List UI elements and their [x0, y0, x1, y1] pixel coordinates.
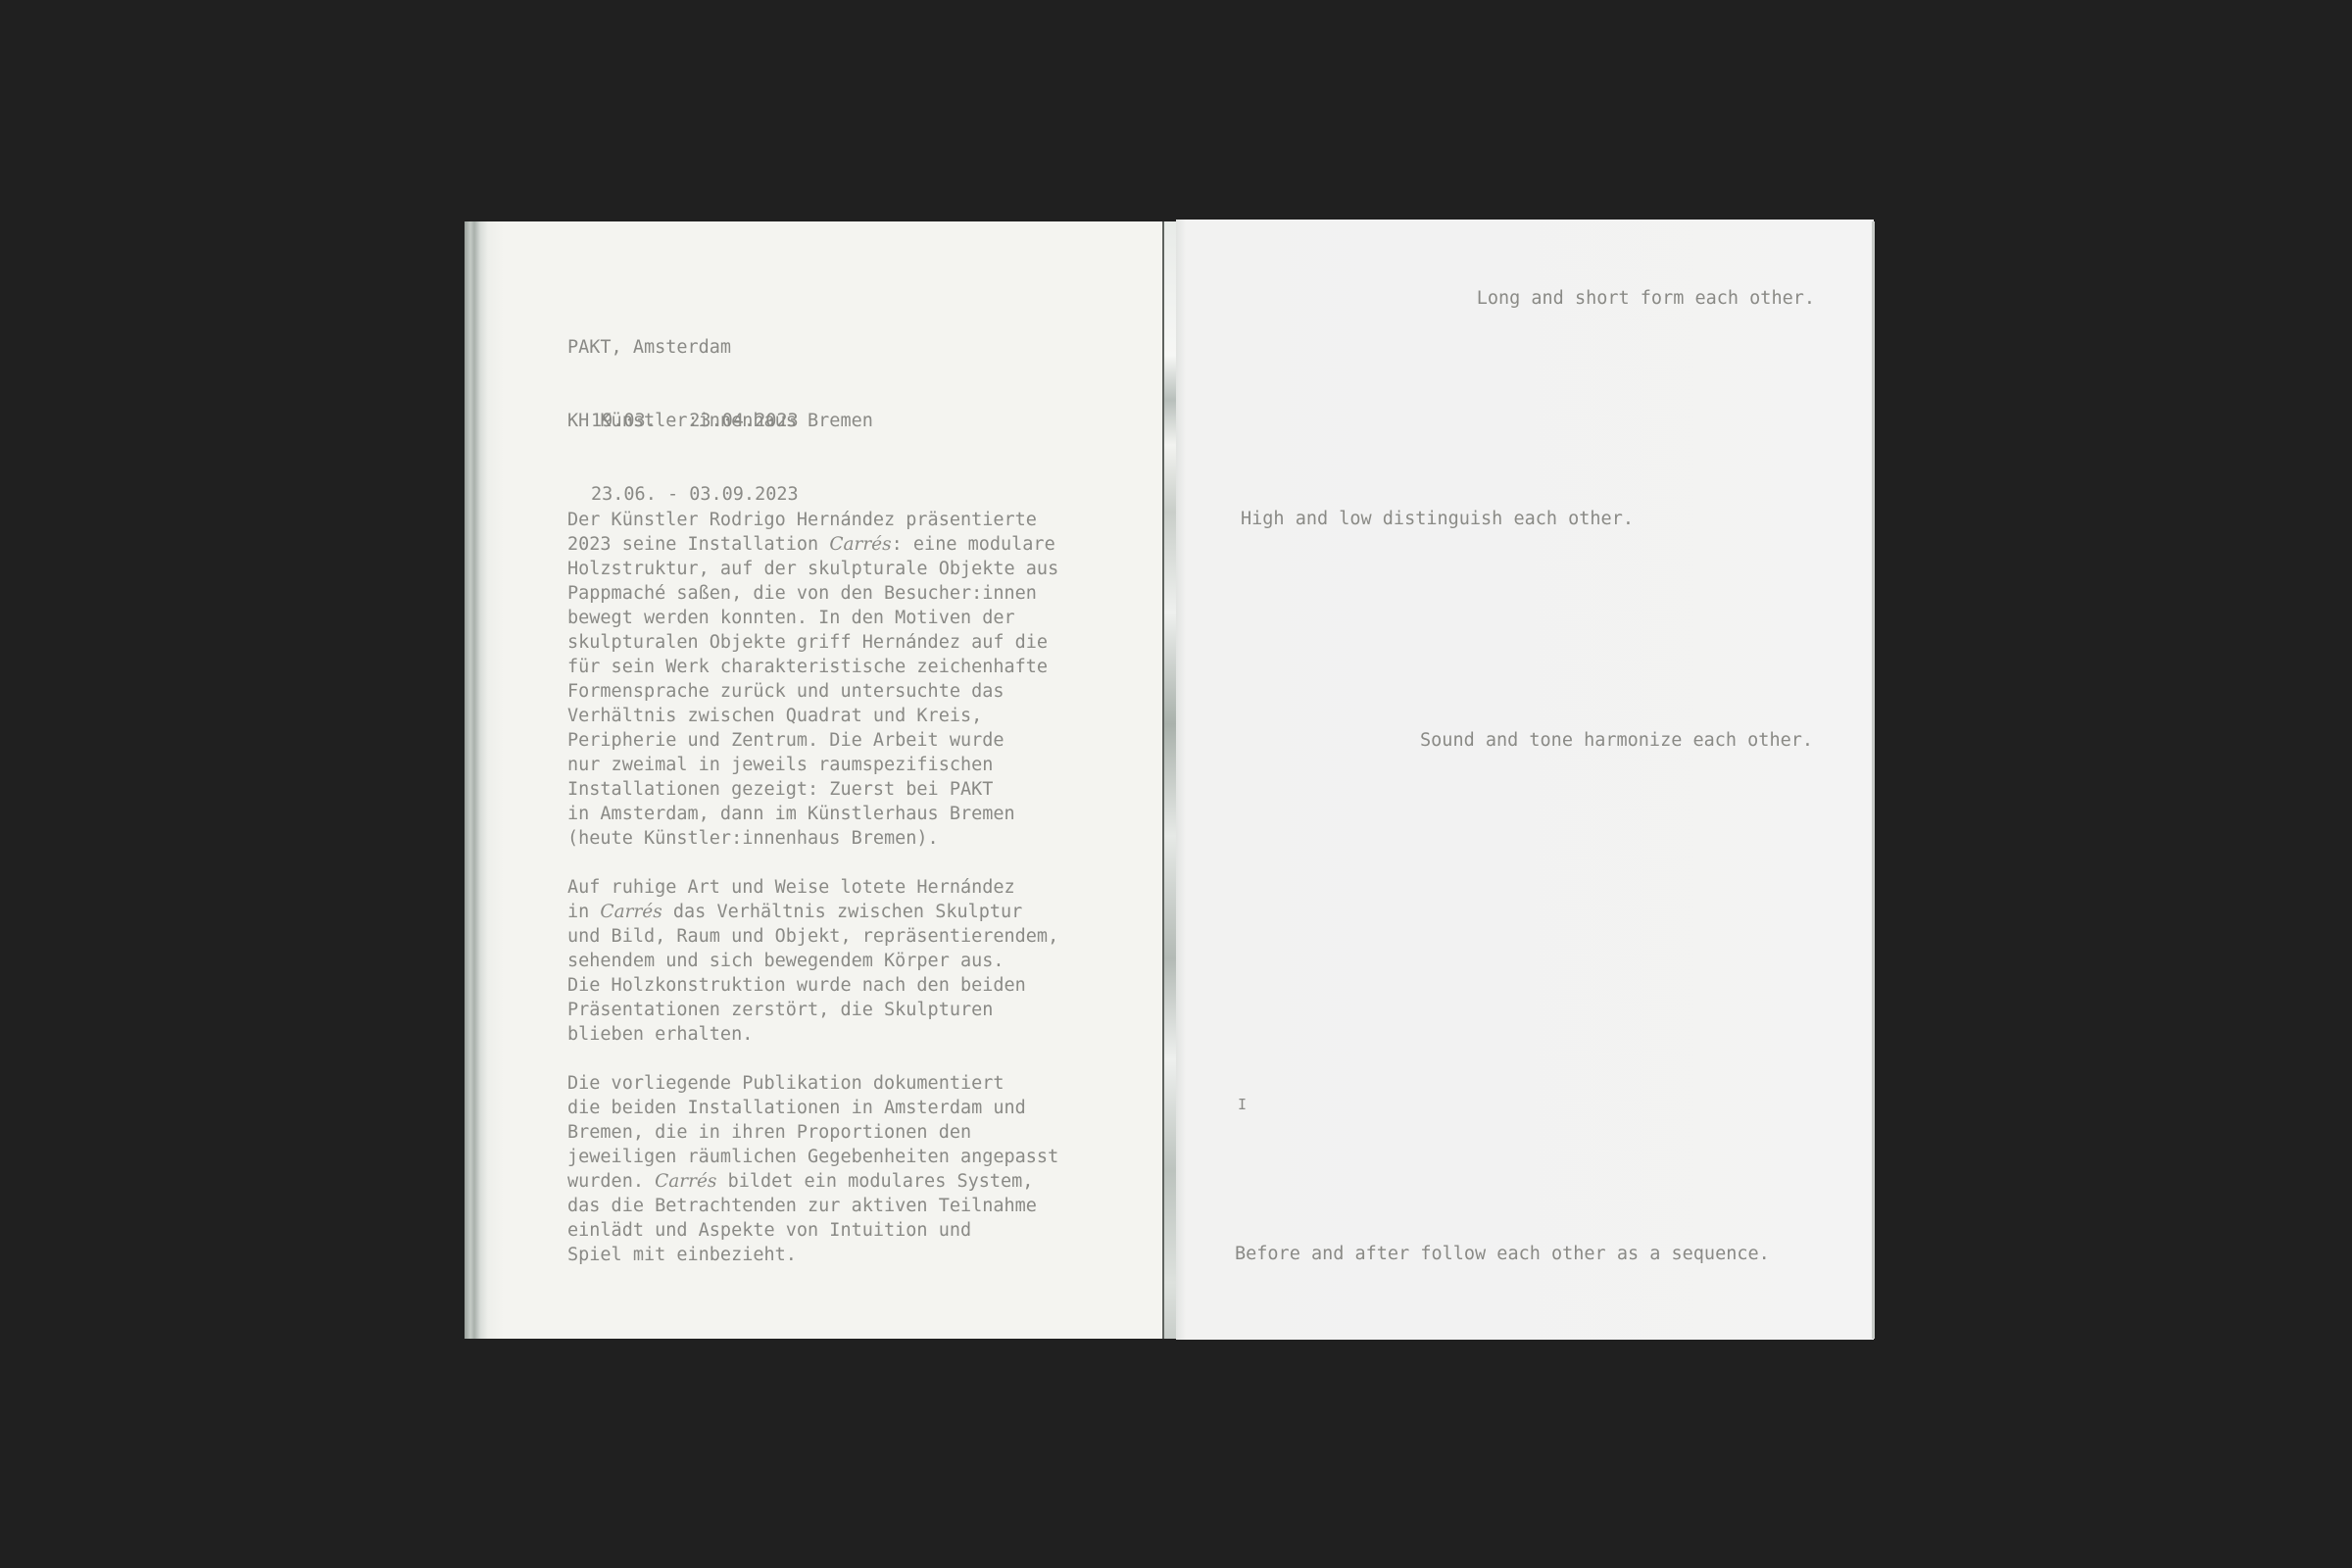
text-line: skulpturalen Objekte griff Hernández auf… [567, 630, 1058, 655]
text-line: Die vorliegende Publikation dokumentiert [567, 1071, 1058, 1096]
text-line: Verhältnis zwischen Quadrat und Kreis, [567, 704, 1058, 728]
text-line: und Bild, Raum und Objekt, repräsentiere… [567, 924, 1058, 949]
venue-1-name: PAKT, Amsterdam [567, 335, 799, 360]
text-line: nur zweimal in jeweils raumspezifischen [567, 753, 1058, 777]
text-line: Die Holzkonstruktion wurde nach den beid… [567, 973, 1058, 998]
text-line: Formensprache zurück und untersuchte das [567, 679, 1058, 704]
right-page-edge [1872, 221, 1875, 1339]
body-paragraph-1: Der Künstler Rodrigo Hernández präsentie… [567, 508, 1058, 851]
right-line-2: High and low distinguish each other. [1241, 507, 1634, 531]
left-page: PAKT, Amsterdam 19.03. - 23.04.2023 KH K… [465, 221, 1164, 1339]
text-line: für sein Werk charakteristische zeichenh… [567, 655, 1058, 679]
text-line: in Carrés das Verhältnis zwischen Skulpt… [567, 900, 1058, 924]
right-line-4: Before and after follow each other as a … [1235, 1242, 1770, 1266]
text-line: Bremen, die in ihren Proportionen den [567, 1120, 1058, 1145]
body-paragraph-3: Die vorliegende Publikation dokumentiert… [567, 1071, 1058, 1267]
body-paragraph-2: Auf ruhige Art und Weise lotete Hernánde… [567, 875, 1058, 1047]
text-line: wurden. Carrés bildet ein modulares Syst… [567, 1169, 1058, 1194]
text-line: Installationen gezeigt: Zuerst bei PAKT [567, 777, 1058, 802]
text-line: Peripherie und Zentrum. Die Arbeit wurde [567, 728, 1058, 753]
text-line: (heute Künstler:innenhaus Bremen). [567, 826, 1058, 851]
right-line-1: Long and short form each other. [1477, 286, 1815, 311]
text-line: 2023 seine Installation Carrés: eine mod… [567, 532, 1058, 557]
text-line: jeweiligen räumlichen Gegebenheiten ange… [567, 1145, 1058, 1169]
text-line: blieben erhalten. [567, 1022, 1058, 1047]
text-line: Holzstruktur, auf der skulpturale Objekt… [567, 557, 1058, 581]
text-line: sehendem und sich bewegendem Körper aus. [567, 949, 1058, 973]
italic-title: Carrés [600, 902, 661, 922]
venue-2-name: KH Künstler:innenhaus Bremen [567, 409, 873, 433]
text-line: das die Betrachtenden zur aktiven Teilna… [567, 1194, 1058, 1218]
text-line: in Amsterdam, dann im Künstlerhaus Breme… [567, 802, 1058, 826]
italic-title: Carrés [655, 1171, 716, 1192]
text-line: Präsentationen zerstört, die Skulpturen [567, 998, 1058, 1022]
right-page: Long and short form each other. High and… [1176, 220, 1874, 1340]
text-line: bewegt werden konnten. In den Motiven de… [567, 606, 1058, 630]
body-text: Der Künstler Rodrigo Hernández präsentie… [567, 508, 1058, 1292]
italic-title: Carrés [829, 534, 891, 555]
text-line: einlädt und Aspekte von Intuition und [567, 1218, 1058, 1243]
right-line-3: Sound and tone harmonize each other. [1420, 728, 1813, 753]
page-number: I [1238, 1093, 1247, 1117]
text-line: Der Künstler Rodrigo Hernández präsentie… [567, 508, 1058, 532]
venue-2-dates: 23.06. - 03.09.2023 [567, 482, 873, 507]
text-line: Auf ruhige Art und Weise lotete Hernánde… [567, 875, 1058, 900]
text-line: Spiel mit einbezieht. [567, 1243, 1058, 1267]
text-line: die beiden Installationen in Amsterdam u… [567, 1096, 1058, 1120]
text-line: Pappmaché saßen, die von den Besucher:in… [567, 581, 1058, 606]
